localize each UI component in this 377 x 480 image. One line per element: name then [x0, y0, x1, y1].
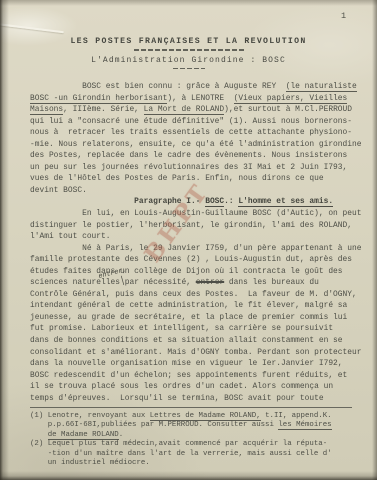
text-line: des Postes, replacée dans le cadre des é… [30, 150, 361, 162]
text-segment: Né à Paris, le 29 Janvier I759, d'un pèr… [30, 244, 361, 253]
text-segment [30, 431, 48, 439]
text-line: temps d'épreuves. Lorsqu'il se termina, … [30, 393, 361, 405]
text-line: études faites dans un collège de Dijon o… [30, 266, 361, 278]
document-subtitle: L'Administration Girondine : BOSC [0, 56, 377, 65]
struck-text: entrer [196, 278, 224, 287]
text-line: distinguer le postier, l'herborisant, le… [30, 220, 361, 232]
title-underline [134, 49, 244, 51]
underlined-text: (le naturaliste [286, 82, 357, 92]
text-segment: dans les bureaux du [224, 278, 319, 287]
text-line: intendant général de cette administratio… [30, 300, 361, 312]
text-line: un industriel médiocre. [30, 459, 332, 468]
text-segment: -mie. Nous relaterons, ensuite, ce qu'a … [30, 140, 361, 149]
text-segment: ), à LENOTRE [167, 94, 233, 103]
insertion-mark: \ [119, 274, 125, 292]
text-segment: BOSC est bien connu : grâce à Auguste RE… [30, 82, 286, 91]
text-line: dans de bonnes conditions et sa situatio… [30, 335, 361, 347]
underlined-text: Lettres de Madame ROLAND, [150, 412, 261, 421]
text-segment: dans la nouvelle organisation mise en vi… [30, 359, 343, 368]
text-line: devint BOSC. [30, 185, 361, 197]
text-line: Né à Paris, le 29 Janvier I759, d'un pèr… [30, 243, 361, 255]
text-segment: qui lui a "consacré une étude définitive… [30, 117, 352, 126]
underlined-text: de Madame ROLAND [48, 431, 119, 440]
text-line: sciences naturelles\entrer,par nécessité… [30, 277, 361, 289]
underlined-text: La Mort de ROLAND [144, 105, 225, 115]
underlined-text: L'homme et ses amis. [238, 197, 333, 207]
footnotes: (1) Lenotre, renvoyant aux Lettres de Ma… [30, 412, 332, 468]
text-segment: consolidant et s'améliorant. Mais d'OGNY… [30, 348, 361, 357]
text-segment: il se trouva placé sous les ordres d'un … [30, 382, 333, 391]
text-segment: nous à retracer les traits essentiels de… [30, 128, 352, 137]
text-segment: vues de l'Hôtel des Postes de Paris. Enf… [30, 174, 324, 183]
text-segment: BOSC redescendit d'un échelon; ses appoi… [30, 371, 347, 380]
text-segment: sciences naturelles [30, 278, 120, 287]
document-title: LES POSTES FRANÇAISES ET LA REVOLUTION [0, 37, 377, 46]
text-segment: p.p.66I-68I,publiées par M.PERROUD. Cons… [30, 421, 278, 429]
text-segment: études faites dans un collège de Dijon o… [30, 267, 343, 276]
text-line: BOSC est bien connu : grâce à Auguste RE… [30, 81, 361, 93]
text-line: BOSC -un Girondin herborisant), à LENOTR… [30, 93, 361, 105]
text-segment: un industriel médiocre. [30, 459, 150, 467]
underlined-text: les Mémoires [278, 421, 331, 430]
text-segment: distinguer le postier, l'herborisant, le… [30, 221, 352, 230]
text-segment: l'Ami tout court. [30, 232, 111, 241]
text-line: de Madame ROLAND. [30, 431, 332, 440]
text-line: qui lui a "consacré une étude définitive… [30, 116, 361, 128]
text-segment: intendant général de cette administratio… [30, 301, 347, 310]
page-number: 1 [341, 11, 346, 21]
text-line: il se trouva placé sous les ordres d'un … [30, 381, 361, 393]
text-segment: Contrôle Général, puis dans ceux des Pos… [30, 290, 357, 299]
footnote-separator [30, 407, 352, 408]
text-segment: , IIIème. Série, [63, 105, 144, 114]
text-segment: En lui, en Louis-Augustin-Guillaume BOSC… [30, 209, 361, 218]
body-text: BOSC est bien connu : grâce à Auguste RE… [30, 81, 361, 404]
subtitle-underline [173, 68, 205, 70]
text-line: consolidant et s'améliorant. Mais d'OGNY… [30, 347, 361, 359]
text-segment: temps d'épreuves. Lorsqu'il se termina, … [30, 394, 324, 403]
text-line: (2) Lequel plus tard médecin,avait comme… [30, 440, 332, 449]
text-segment: par nécessité, [125, 278, 196, 287]
text-segment: fut promise. Laborieux et intelligent, s… [30, 324, 333, 333]
text-segment: famille protestante des Cévennes (2) , L… [30, 255, 352, 264]
text-line: nous à retracer les traits essentiels de… [30, 127, 361, 139]
text-line: p.p.66I-68I,publiées par M.PERROUD. Cons… [30, 421, 332, 430]
underlined-text: (Vieux papiers, Vieilles [234, 94, 348, 104]
text-segment: jeunesse, au grade de secrétaire, et la … [30, 313, 347, 322]
text-line: l'Ami tout court. [30, 231, 361, 243]
underlined-text: BOSC [205, 197, 224, 207]
text-line: fut promise. Laborieux et intelligent, s… [30, 323, 361, 335]
text-segment: ),et surtout à M.Cl.PERROUD [224, 105, 352, 114]
title-block: LES POSTES FRANÇAISES ET LA REVOLUTION L… [0, 37, 377, 69]
text-segment: un peu sur les journées révolutionnaires… [30, 163, 347, 172]
text-line: Maisons, IIIème. Série, La Mort de ROLAN… [30, 104, 361, 116]
text-line: un peu sur les journées révolutionnaires… [30, 162, 361, 174]
text-segment: (1) Lenotre, renvoyant aux [30, 412, 150, 420]
text-segment: dans de bonnes conditions et sa situatio… [30, 336, 343, 345]
text-line: Paragraphe I.- BOSC.: L'homme et ses ami… [30, 196, 361, 208]
text-segment: -tion d'un maître dans l'art de la verre… [30, 450, 332, 458]
underlined-text: BOSC -un Girondin herborisant [30, 94, 167, 104]
text-segment: des Postes, replacée dans le cadre des é… [30, 151, 347, 160]
text-segment: .: [224, 197, 238, 206]
text-line: Contrôle Général, puis dans ceux des Pos… [30, 289, 361, 301]
text-segment: . [119, 431, 123, 439]
text-line: -mie. Nous relaterons, ensuite, ce qu'a … [30, 139, 361, 151]
paper-crease [0, 23, 64, 34]
text-segment: devint BOSC. [30, 186, 87, 195]
text-segment: Paragraphe I.- [30, 197, 205, 206]
text-line: -tion d'un maître dans l'art de la verre… [30, 450, 332, 459]
text-line: En lui, en Louis-Augustin-Guillaume BOSC… [30, 208, 361, 220]
text-line: famille protestante des Cévennes (2) , L… [30, 254, 361, 266]
text-segment: t.II, append.K. [261, 412, 332, 420]
text-line: dans la nouvelle organisation mise en vi… [30, 358, 361, 370]
scanned-document-page: 1 LES POSTES FRANÇAISES ET LA REVOLUTION… [0, 0, 377, 480]
underlined-text: Maisons [30, 105, 63, 115]
text-segment: (2) Lequel plus tard médecin,avait comme… [30, 440, 327, 448]
text-line: (1) Lenotre, renvoyant aux Lettres de Ma… [30, 412, 332, 421]
text-line: BOSC redescendit d'un échelon; ses appoi… [30, 370, 361, 382]
text-line: jeunesse, au grade de secrétaire, et la … [30, 312, 361, 324]
text-line: vues de l'Hôtel des Postes de Paris. Enf… [30, 173, 361, 185]
